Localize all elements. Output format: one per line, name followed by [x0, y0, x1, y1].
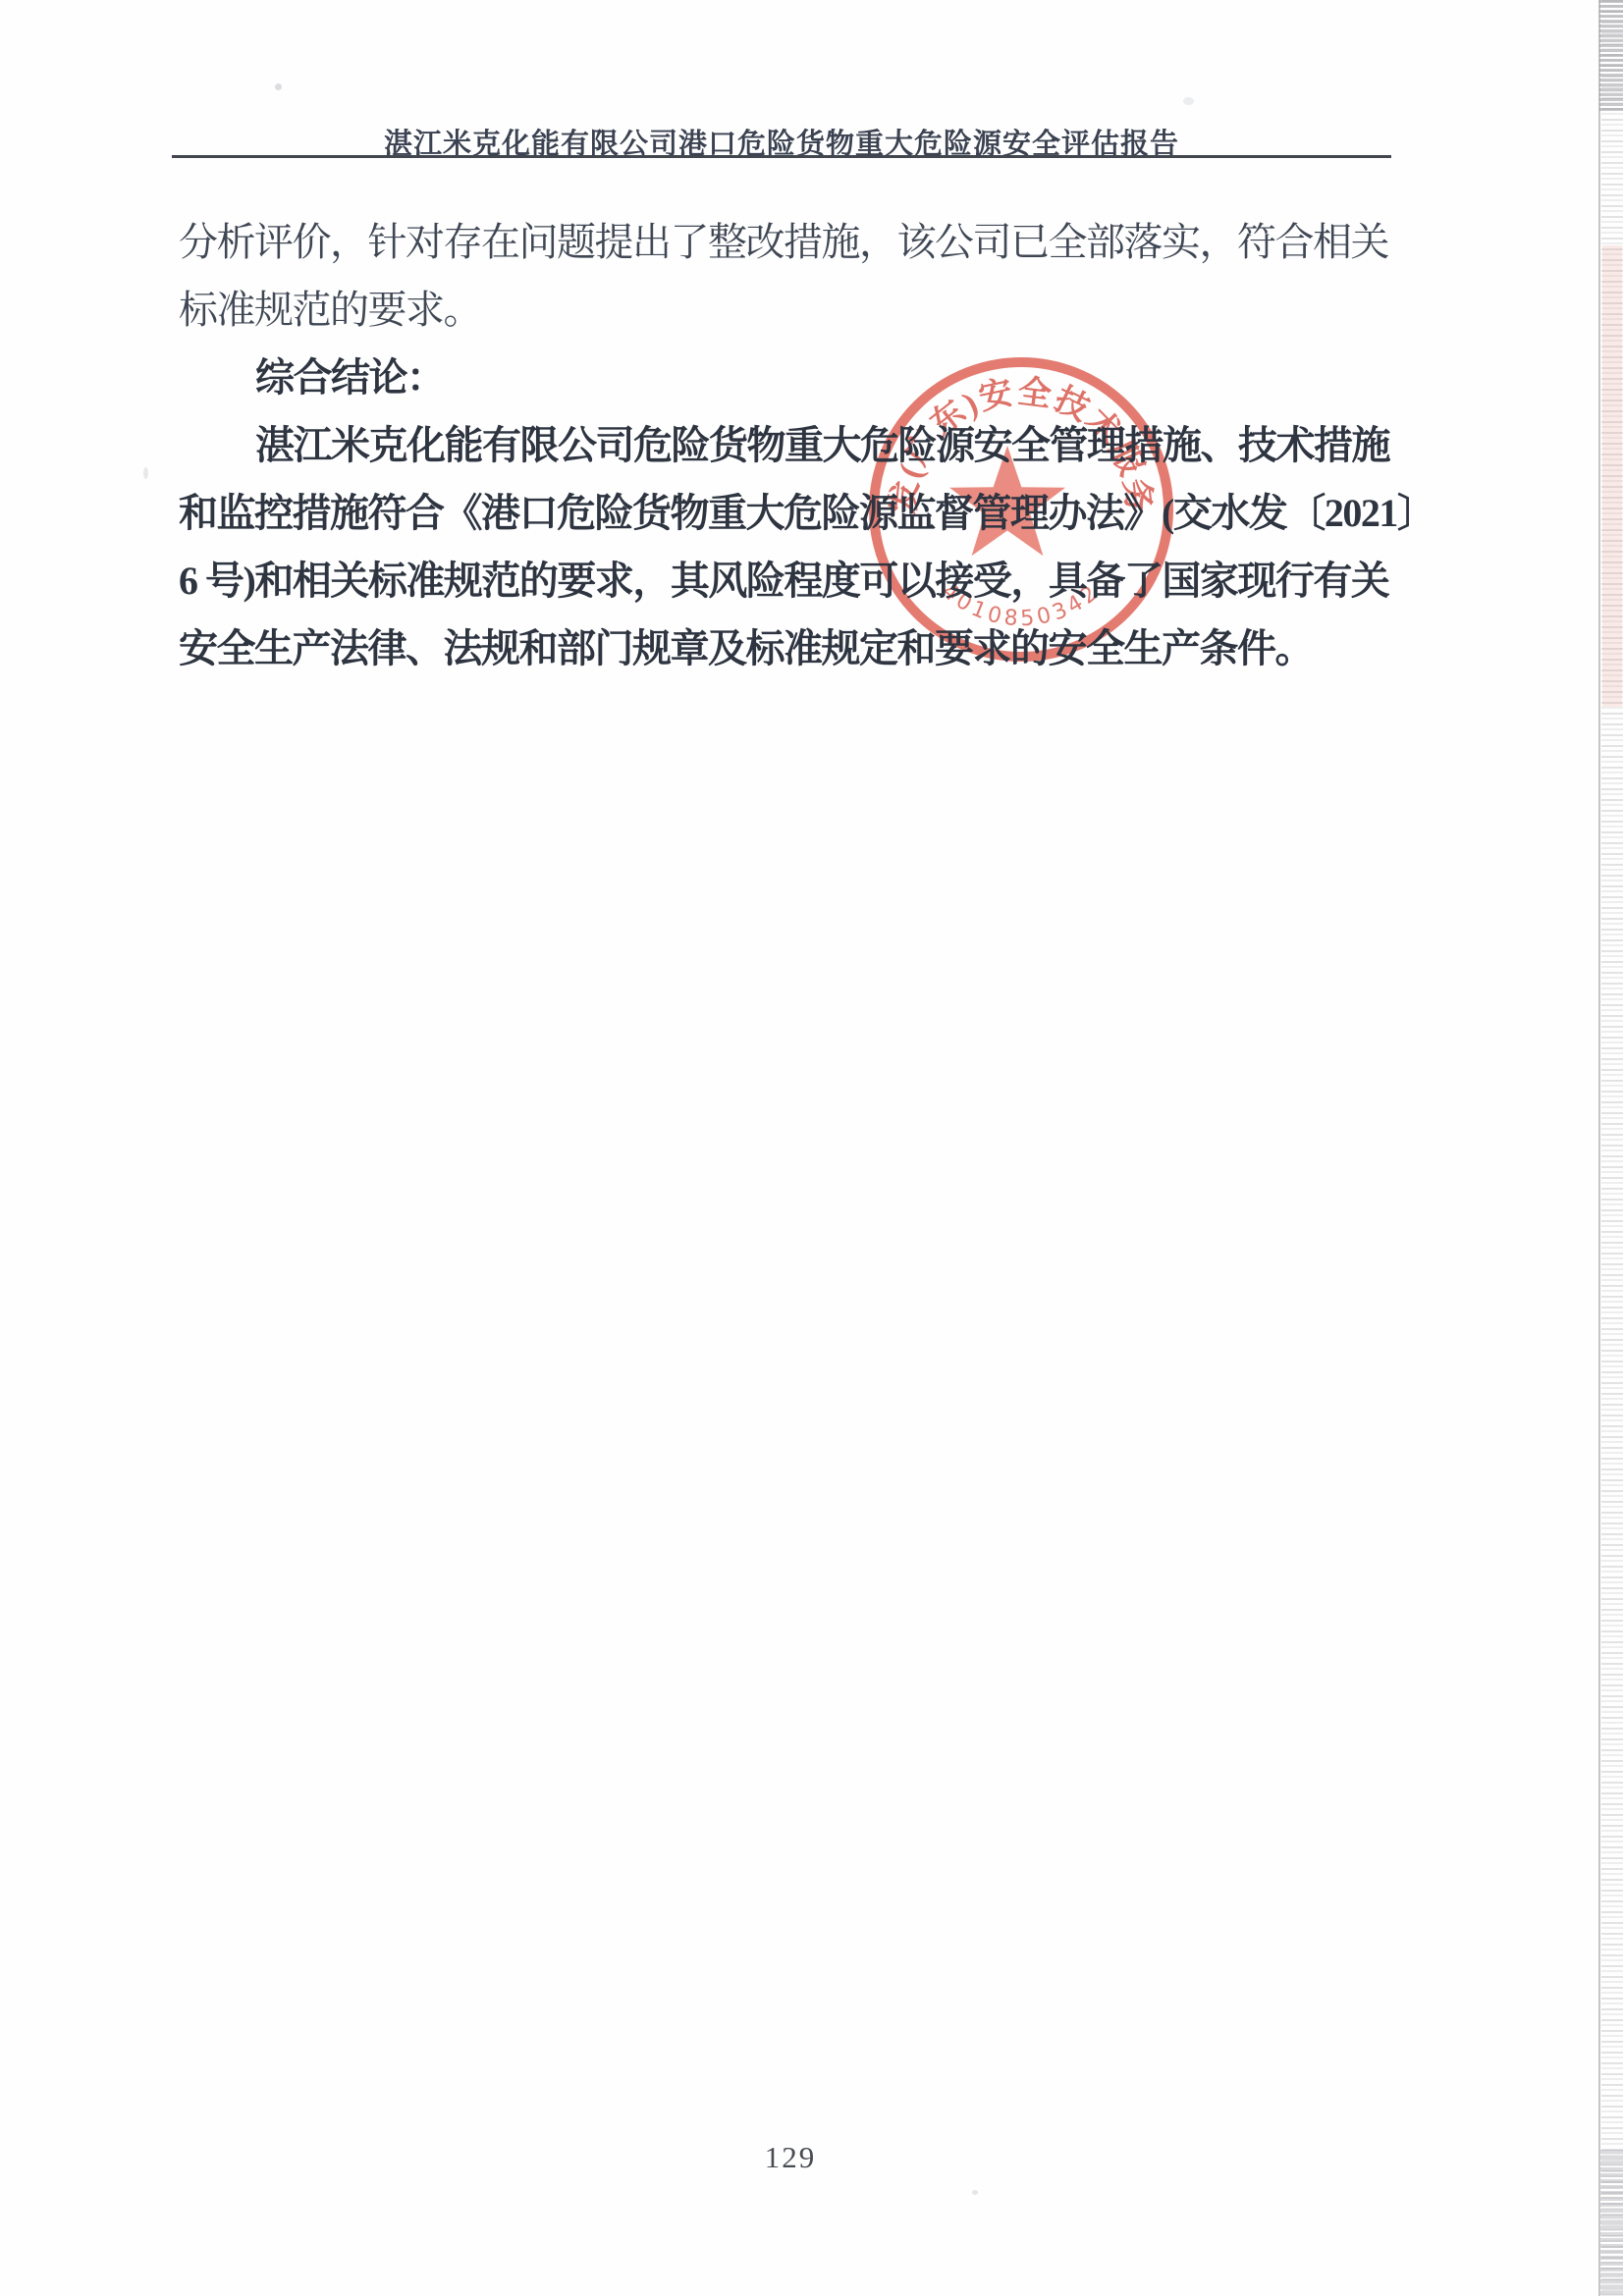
body-line: 6 号)和相关标准规范的要求，其风险程度可以接受，具备了国家现行有关 — [179, 547, 1389, 614]
body-line: 安全生产法律、法规和部门规章及标准规定和要求的安全生产条件。 — [179, 614, 1389, 682]
scan-edge-line — [1598, 0, 1600, 2296]
scan-edge-pink-noise — [1602, 245, 1622, 707]
scan-speck — [972, 2190, 978, 2195]
scan-edge-top-noise — [1599, 0, 1623, 113]
scanned-report-page: 湛江米克化能有限公司港口危险货物重大危险源安全评估报告 发(广东)安全技术服务 … — [0, 0, 1623, 2296]
scan-edge-bottom-noise — [1600, 2150, 1623, 2296]
body-line-conclusion-heading: 综合结论： — [179, 344, 1389, 411]
body-line: 分析评价，针对存在问题提出了整改措施，该公司已全部落实，符合相关 — [179, 208, 1389, 276]
body-text-block: 分析评价，针对存在问题提出了整改措施，该公司已全部落实，符合相关 标准规范的要求… — [179, 208, 1389, 682]
scan-speck — [275, 83, 282, 90]
body-line: 湛江米克化能有限公司危险货物重大危险源安全管理措施、技术措施 — [179, 411, 1389, 479]
body-line: 标准规范的要求。 — [179, 276, 1389, 344]
scan-speck — [1183, 97, 1194, 105]
scan-speck — [143, 467, 148, 479]
header-rule — [172, 155, 1391, 158]
page-number: 129 — [746, 2140, 835, 2175]
body-line: 和监控措施符合《港口危险货物重大危险源监督管理办法》(交水发〔2021〕 — [179, 479, 1389, 547]
